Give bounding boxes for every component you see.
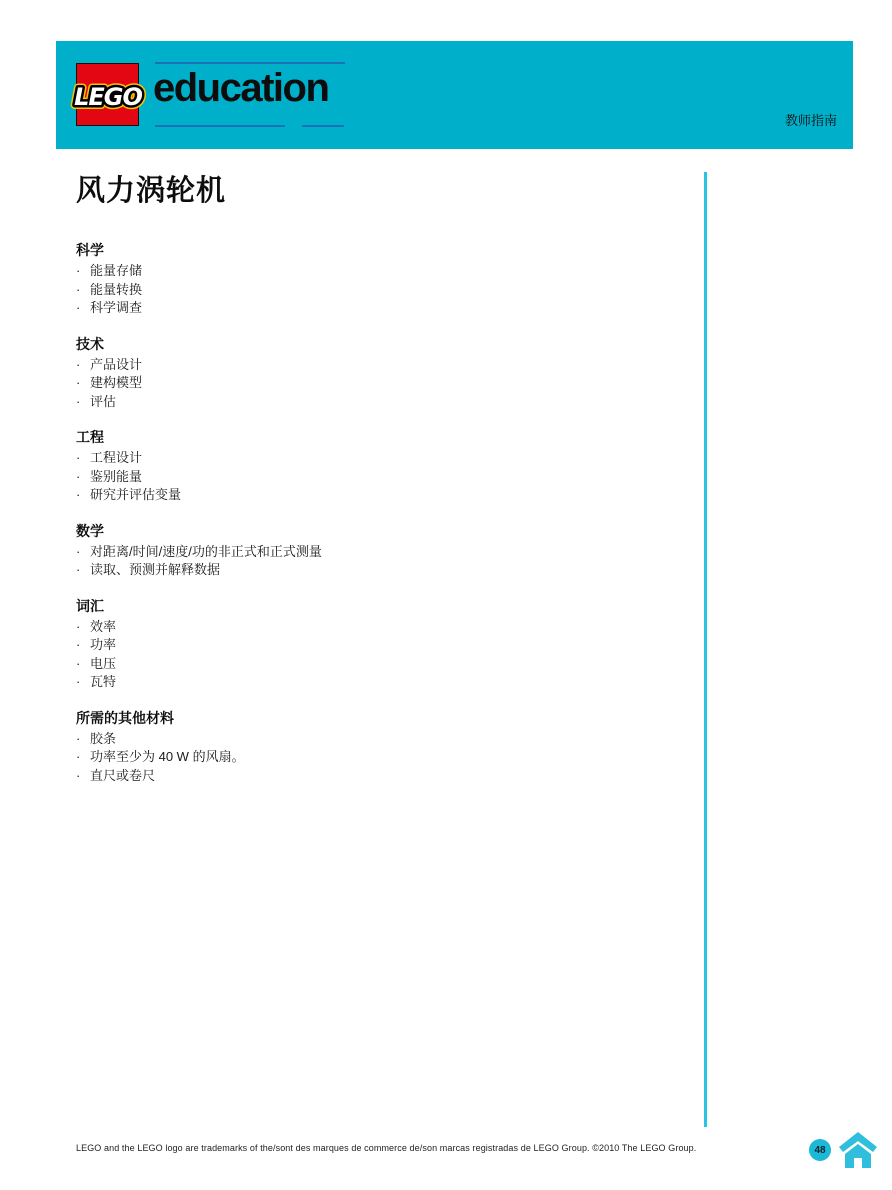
section-heading: 技术 — [76, 335, 636, 354]
bullet-text: 对距离/时间/速度/功的非正式和正式测量 — [90, 543, 322, 562]
lego-logo-text: LEGO LEGO LEGO — [79, 75, 137, 115]
bullet-item: ·功率 — [76, 636, 636, 655]
bullet-text: 能量转换 — [90, 281, 142, 300]
bullet-text: 工程设计 — [90, 449, 142, 468]
bullet-dot-icon: · — [76, 618, 90, 637]
section-heading: 所需的其他材料 — [76, 709, 636, 728]
bullet-dot-icon: · — [76, 486, 90, 505]
bullet-dot-icon: · — [76, 281, 90, 300]
vertical-rule — [704, 172, 707, 1127]
bullet-dot-icon: · — [76, 449, 90, 468]
bullet-item: ·评估 — [76, 393, 636, 412]
bullet-item: ·鉴别能量 — [76, 468, 636, 487]
guide-label: 教师指南 — [785, 110, 837, 129]
bullet-item: ·对距离/时间/速度/功的非正式和正式测量 — [76, 543, 636, 562]
bullet-dot-icon: · — [76, 767, 90, 786]
content-section: 工程·工程设计·鉴别能量·研究并评估变量 — [76, 428, 636, 505]
brand-rule-top — [155, 62, 345, 64]
bullet-text: 功率至少为 40 W 的风扇。 — [90, 748, 245, 767]
content-section: 科学·能量存储·能量转换·科学调查 — [76, 241, 636, 318]
bullet-text: 瓦特 — [90, 673, 116, 692]
bullet-item: ·电压 — [76, 655, 636, 674]
bullet-text: 胶条 — [90, 730, 116, 749]
bullet-item: ·瓦特 — [76, 673, 636, 692]
bullet-text: 科学调查 — [90, 299, 142, 318]
bullet-list: ·能量存储·能量转换·科学调查 — [76, 262, 636, 318]
bullet-text: 读取、预测并解释数据 — [90, 561, 220, 580]
bullet-dot-icon: · — [76, 299, 90, 318]
brand-rule-bottom-short — [302, 125, 344, 127]
home-icon[interactable] — [838, 1131, 878, 1169]
bullet-text: 能量存储 — [90, 262, 142, 281]
bullet-dot-icon: · — [76, 356, 90, 375]
bullet-dot-icon: · — [76, 543, 90, 562]
bullet-dot-icon: · — [76, 748, 90, 767]
content-section: 数学·对距离/时间/速度/功的非正式和正式测量·读取、预测并解释数据 — [76, 522, 636, 580]
copyright-text: LEGO and the LEGO logo are trademarks of… — [76, 1143, 696, 1153]
document-page: { "header": { "logo_text": "LEGO", "bran… — [0, 0, 892, 1190]
bullet-dot-icon: · — [76, 636, 90, 655]
bullet-dot-icon: · — [76, 374, 90, 393]
bullet-dot-icon: · — [76, 730, 90, 749]
bullet-item: ·功率至少为 40 W 的风扇。 — [76, 748, 636, 767]
svg-text:LEGO: LEGO — [74, 83, 142, 111]
section-heading: 工程 — [76, 428, 636, 447]
bullet-dot-icon: · — [76, 262, 90, 281]
page-title: 风力涡轮机 — [76, 168, 636, 209]
bullet-text: 效率 — [90, 618, 116, 637]
bullet-list: ·效率·功率·电压·瓦特 — [76, 618, 636, 692]
bullet-text: 评估 — [90, 393, 116, 412]
bullet-list: ·对距离/时间/速度/功的非正式和正式测量·读取、预测并解释数据 — [76, 543, 636, 580]
bullet-text: 电压 — [90, 655, 116, 674]
bullet-dot-icon: · — [76, 561, 90, 580]
bullet-dot-icon: · — [76, 468, 90, 487]
bullet-item: ·科学调查 — [76, 299, 636, 318]
bullet-item: ·效率 — [76, 618, 636, 637]
bullet-item: ·工程设计 — [76, 449, 636, 468]
bullet-list: ·产品设计·建构模型·评估 — [76, 356, 636, 412]
bullet-text: 产品设计 — [90, 356, 142, 375]
section-heading: 词汇 — [76, 597, 636, 616]
bullet-item: ·直尺或卷尺 — [76, 767, 636, 786]
bullet-list: ·工程设计·鉴别能量·研究并评估变量 — [76, 449, 636, 505]
bullet-list: ·胶条·功率至少为 40 W 的风扇。·直尺或卷尺 — [76, 730, 636, 786]
bullet-item: ·研究并评估变量 — [76, 486, 636, 505]
bullet-item: ·能量转换 — [76, 281, 636, 300]
bullet-dot-icon: · — [76, 393, 90, 412]
bullet-text: 直尺或卷尺 — [90, 767, 155, 786]
page-number-badge: 48 — [809, 1139, 831, 1161]
bullet-item: ·能量存储 — [76, 262, 636, 281]
brand-rule-bottom-long — [155, 125, 285, 127]
bullet-text: 鉴别能量 — [90, 468, 142, 487]
sections: 科学·能量存储·能量转换·科学调查技术·产品设计·建构模型·评估工程·工程设计·… — [76, 241, 636, 785]
section-heading: 科学 — [76, 241, 636, 260]
bullet-dot-icon: · — [76, 673, 90, 692]
bullet-dot-icon: · — [76, 655, 90, 674]
content-section: 所需的其他材料·胶条·功率至少为 40 W 的风扇。·直尺或卷尺 — [76, 709, 636, 786]
main-content: 风力涡轮机 科学·能量存储·能量转换·科学调查技术·产品设计·建构模型·评估工程… — [76, 168, 636, 802]
bullet-item: ·产品设计 — [76, 356, 636, 375]
section-heading: 数学 — [76, 522, 636, 541]
brand-wordmark: education — [153, 68, 328, 108]
bullet-item: ·建构模型 — [76, 374, 636, 393]
lego-logo: LEGO LEGO LEGO — [76, 63, 139, 126]
page-number: 48 — [814, 1145, 825, 1156]
content-section: 技术·产品设计·建构模型·评估 — [76, 335, 636, 412]
bullet-item: ·读取、预测并解释数据 — [76, 561, 636, 580]
content-section: 词汇·效率·功率·电压·瓦特 — [76, 597, 636, 692]
bullet-text: 研究并评估变量 — [90, 486, 181, 505]
bullet-text: 建构模型 — [90, 374, 142, 393]
bullet-item: ·胶条 — [76, 730, 636, 749]
header-band: LEGO LEGO LEGO education 教师指南 — [56, 41, 853, 149]
bullet-text: 功率 — [90, 636, 116, 655]
